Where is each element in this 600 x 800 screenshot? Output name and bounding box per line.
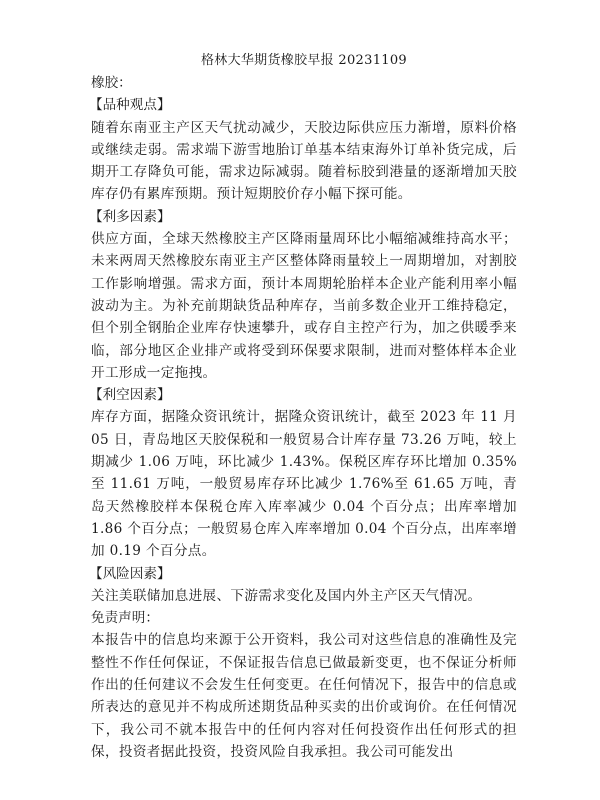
disclaimer-body: 本报告中的信息均来源于公开资料，我公司对这些信息的准确性及完整性不作任何保证，不… [91, 629, 517, 763]
section-body-bullish: 供应方面，全球天然橡胶主产区降雨量周环比小幅缩减维持高水平；未来两周天然橡胶东南… [91, 228, 517, 384]
section-heading-bearish: 【利空因素】 [89, 384, 517, 406]
section-heading-risk: 【风险因素】 [89, 563, 517, 585]
document-page: 格林大华期货橡胶早报 20231109 橡胶： 【品种观点】 随着东南亚主产区天… [91, 50, 517, 763]
document-title: 格林大华期货橡胶早报 20231109 [91, 50, 517, 72]
section-body-bearish: 库存方面，据隆众资讯统计，据隆众资讯统计，截至 2023 年 11 月 05 日… [91, 406, 517, 562]
section-heading-viewpoint: 【品种观点】 [89, 94, 517, 116]
disclaimer-heading: 免责声明： [91, 607, 517, 629]
section-heading-bullish: 【利多因素】 [89, 206, 517, 228]
section-body-viewpoint: 随着东南亚主产区天气扰动减少，天胶边际供应压力渐增，原料价格或继续走弱。需求端下… [91, 117, 517, 206]
section-body-risk: 关注美联储加息进展、下游需求变化及国内外主产区天气情况。 [91, 585, 517, 607]
subject-label: 橡胶： [91, 72, 517, 94]
